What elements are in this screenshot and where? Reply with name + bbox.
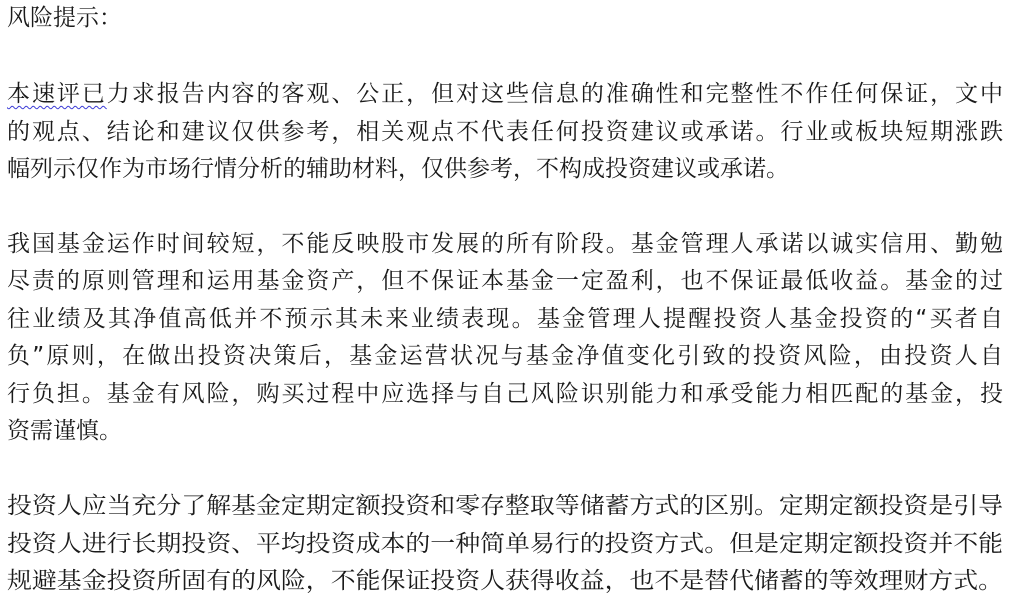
heading-risk-notice: 风险提示： (7, 3, 122, 33)
paragraph-1-line-3: 幅列示仅作为市场行情分析的辅助材料，仅供参考，不构成投资建议或承诺。 (7, 154, 789, 184)
paragraph-2-line-4: 负”原则，在做出投资决策后，基金运营状况与基金净值变化引致的投资风险，由投资人自 (7, 341, 1003, 371)
paragraph-1-line-1: 本速评已力求报告内容的客观、公正，但对这些信息的准确性和完整性不作任何保证，文中 (7, 79, 1003, 109)
paragraph-3-line-2: 投资人进行长期投资、平均投资成本的一种简单易行的投资方式。但是定期定额投资并不能 (7, 529, 927, 559)
paragraph-1-line-2: 的观点、结论和建议仅供参考，相关观点不代表任何投资建议或承诺。行业或板块短期涨跌 (7, 117, 1003, 147)
spellcheck-flagged-text[interactable]: 本速评已 (7, 81, 107, 107)
paragraph-2-line-1: 我国基金运作时间较短，不能反映股市发展的所有阶段。基金管理人承诺以诚实信用、勤勉 (7, 229, 1003, 259)
paragraph-3-line-3: 规避基金投资所固有的风险，不能保证投资人获得收益，也不是替代储蓄的等效理财方式。 (7, 566, 927, 596)
paragraph-2-line-6: 资需谨慎。 (7, 416, 122, 446)
paragraph-2-line-2: 尽责的原则管理和运用基金资产，但不保证本基金一定盈利，也不保证最低收益。基金的过 (7, 266, 1003, 296)
paragraph-3-line-1: 投资人应当充分了解基金定期定额投资和零存整取等储蓄方式的区别。定期定额投资是引导 (7, 491, 927, 521)
paragraph-2-line-5: 行负担。基金有风险，购买过程中应选择与自己风险识别能力和承受能力相匹配的基金，投 (7, 379, 1003, 409)
paragraph-2-line-3: 往业绩及其净值高低并不预示其未来业绩表现。基金管理人提醒投资人基金投资的“买者自 (7, 304, 1003, 334)
